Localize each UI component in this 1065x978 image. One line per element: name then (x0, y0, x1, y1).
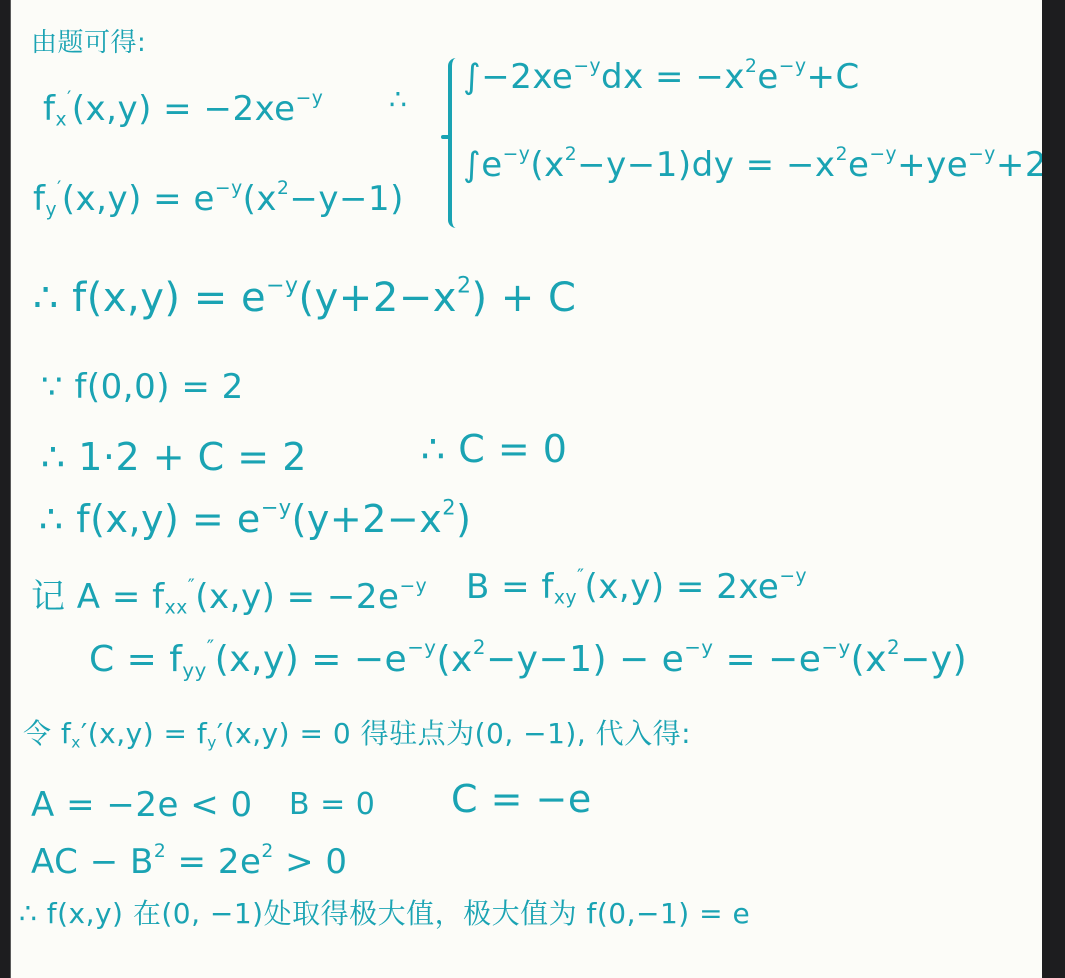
A-definition: 记 A = fxx″(x,y) = −2e−y (31, 580, 427, 614)
c-calc-line: ∴ 1·2 + C = 2 (41, 438, 307, 476)
right-frame-bar (1042, 0, 1065, 978)
therefore-symbol: ∴ (389, 86, 407, 114)
value-C: C = −e (451, 780, 592, 818)
c-result-line: ∴ C = 0 (421, 430, 567, 468)
discriminant-line: AC − B2 = 2e2 > 0 (31, 845, 348, 879)
conclusion-line: ∴ f(x,y) 在(0, −1)处取得极大值，极大值为 f(0,−1) = e (19, 900, 750, 928)
B-definition: B = fxy″(x,y) = 2xe−y (466, 570, 807, 604)
integral-row-2: ∫e−y(x2−y−1)dy = −x2e−y+ye−y+2e−y+C (463, 148, 1065, 182)
partial-fy: fy′(x,y) = e−y(x2−y−1) (33, 182, 404, 216)
f00-line: ∵ f(0,0) = 2 (41, 370, 244, 404)
f-final-line: ∴ f(x,y) = e−y(y+2−x2) (39, 500, 471, 538)
C-definition: C = fyy″(x,y) = −e−y(x2−y−1) − e−y = −e−… (89, 642, 967, 678)
value-B: B = 0 (289, 790, 375, 820)
integral-row-1: ∫−2xe−ydx = −x2e−y+C (463, 60, 860, 94)
note-canvas: 由题可得: fx′(x,y) = −2xe−y fy′(x,y) = e−y(x… (10, 0, 1043, 978)
heading: 由题可得: (31, 30, 146, 56)
system-brace-tip (441, 135, 451, 139)
f-general-line: ∴ f(x,y) = e−y(y+2−x2) + C (33, 278, 576, 318)
value-A: A = −2e < 0 (31, 788, 253, 822)
partial-fx: fx′(x,y) = −2xe−y (43, 92, 323, 126)
stationary-point-line: 令 fx′(x,y) = fy′(x,y) = 0 得驻点为(0, −1), 代… (23, 720, 691, 748)
